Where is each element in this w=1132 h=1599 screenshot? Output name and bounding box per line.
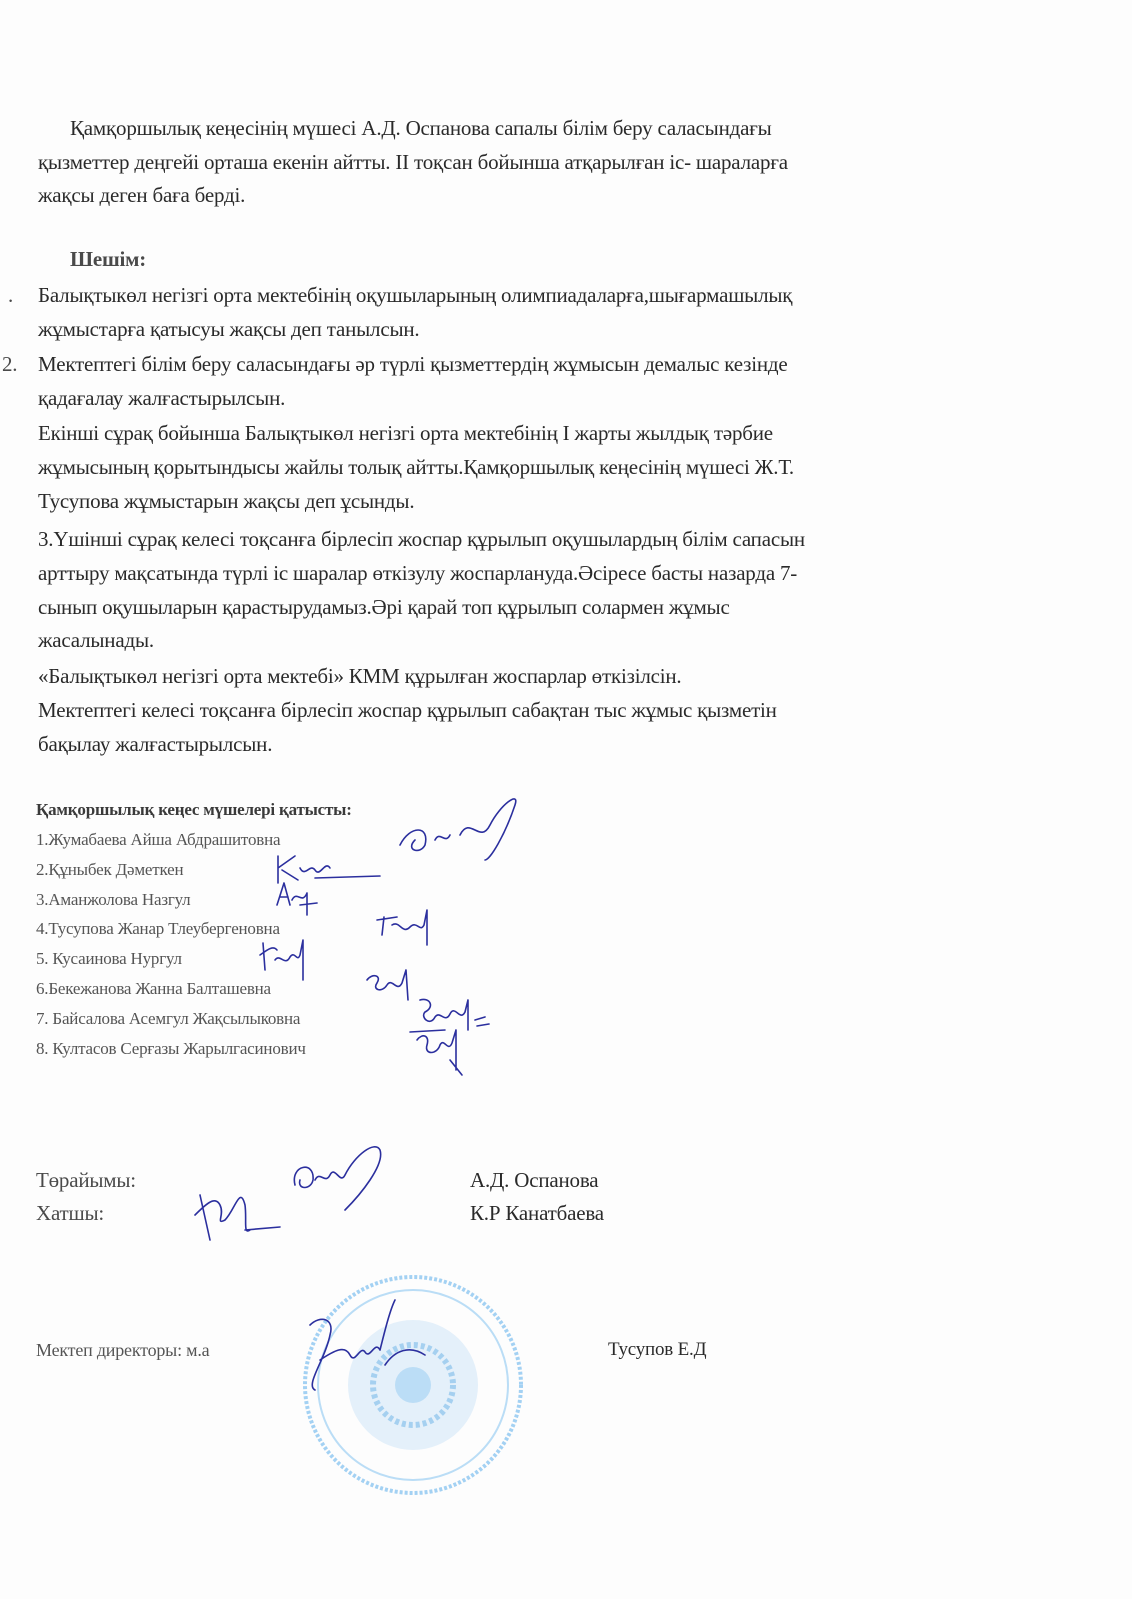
signature-member-3-icon bbox=[272, 875, 332, 920]
intro-line-2: қызметтер деңгейі орташа екенін айтты. І… bbox=[38, 150, 788, 174]
chair-label: Төрайымы: bbox=[36, 1168, 136, 1192]
third-question-line-1: 3.Үшінші сұрақ келесі тоқсанға бірлесіп … bbox=[38, 527, 805, 551]
item-2-line-2: қадағалау жалғастырылсын. bbox=[38, 386, 285, 410]
secretary-label: Хатшы: bbox=[36, 1201, 104, 1225]
member-5: 5. Кусаинова Нургул bbox=[36, 949, 182, 969]
third-question-line-3: сынып оқушыларын қарастырудамыз.Әрі қара… bbox=[38, 595, 730, 619]
member-6: 6.Бекежанова Жанна Балташевна bbox=[36, 979, 271, 999]
signature-member-5-icon bbox=[255, 935, 315, 985]
second-question-line-1: Екінші сұрақ бойынша Балықтыкөл негізгі … bbox=[38, 421, 773, 445]
attendance-heading: Қамқоршылық кеңес мүшелері қатысты: bbox=[36, 800, 352, 820]
document-page: Қамқоршылық кеңесінің мүшесі А.Д. Оспано… bbox=[0, 0, 1132, 1599]
third-question-line-4: жасалынады. bbox=[38, 628, 154, 652]
signature-chair-icon bbox=[285, 1135, 395, 1215]
member-2: 2.Құныбек Дәметкен bbox=[36, 860, 183, 880]
resolution-line-1: «Балықтыкөл негізгі орта мектебі» КММ құ… bbox=[38, 664, 681, 688]
third-question-line-2: арттыру мақсатында түрлі іс шаралар өткі… bbox=[38, 561, 797, 585]
intro-line-1: Қамқоршылық кеңесінің мүшесі А.Д. Оспано… bbox=[70, 116, 772, 140]
secretary-name: К.Р Канатбаева bbox=[470, 1201, 604, 1225]
item-1-number: . bbox=[8, 283, 13, 307]
second-question-line-3: Тусупова жұмыстарын жақсы деп ұсынды. bbox=[38, 489, 414, 513]
second-question-line-2: жұмысының қорытындысы жайлы толық айтты.… bbox=[38, 455, 794, 479]
signature-member-4-icon bbox=[372, 905, 442, 950]
signature-member-1-icon bbox=[390, 785, 530, 865]
signature-secretary-icon bbox=[185, 1175, 295, 1255]
chair-name: А.Д. Оспанова bbox=[470, 1168, 598, 1192]
resolution-line-3: бақылау жалғастырылсын. bbox=[38, 732, 272, 756]
item-1-line-2: жұмыстарға қатысуы жақсы деп танылсын. bbox=[38, 317, 419, 341]
decision-heading: Шешім: bbox=[70, 247, 146, 271]
item-2-number: 2. bbox=[2, 352, 17, 376]
director-label: Мектеп директоры: м.а bbox=[36, 1340, 209, 1360]
item-2-line-1: Мектептегі білім беру саласындағы әр түр… bbox=[38, 352, 788, 376]
member-4: 4.Тусупова Жанар Тлеубергеновна bbox=[36, 919, 280, 939]
resolution-line-2: Мектептегі келесі тоқсанға бірлесіп жосп… bbox=[38, 698, 777, 722]
member-1: 1.Жумабаева Айша Абдрашитовна bbox=[36, 830, 280, 850]
intro-line-3: жақсы деген баға берді. bbox=[38, 183, 245, 207]
signature-director-icon bbox=[290, 1290, 440, 1400]
member-3: 3.Аманжолова Назгул bbox=[36, 890, 190, 910]
member-7: 7. Байсалова Асемгул Жақсылыковна bbox=[36, 1009, 300, 1029]
member-8: 8. Култасов Серғазы Жарылгасинович bbox=[36, 1039, 306, 1059]
director-name: Тусупов Е.Д bbox=[608, 1338, 706, 1362]
signature-member-8-icon bbox=[412, 1025, 482, 1080]
item-1-line-1: Балықтыкөл негізгі орта мектебінің оқушы… bbox=[38, 283, 792, 307]
